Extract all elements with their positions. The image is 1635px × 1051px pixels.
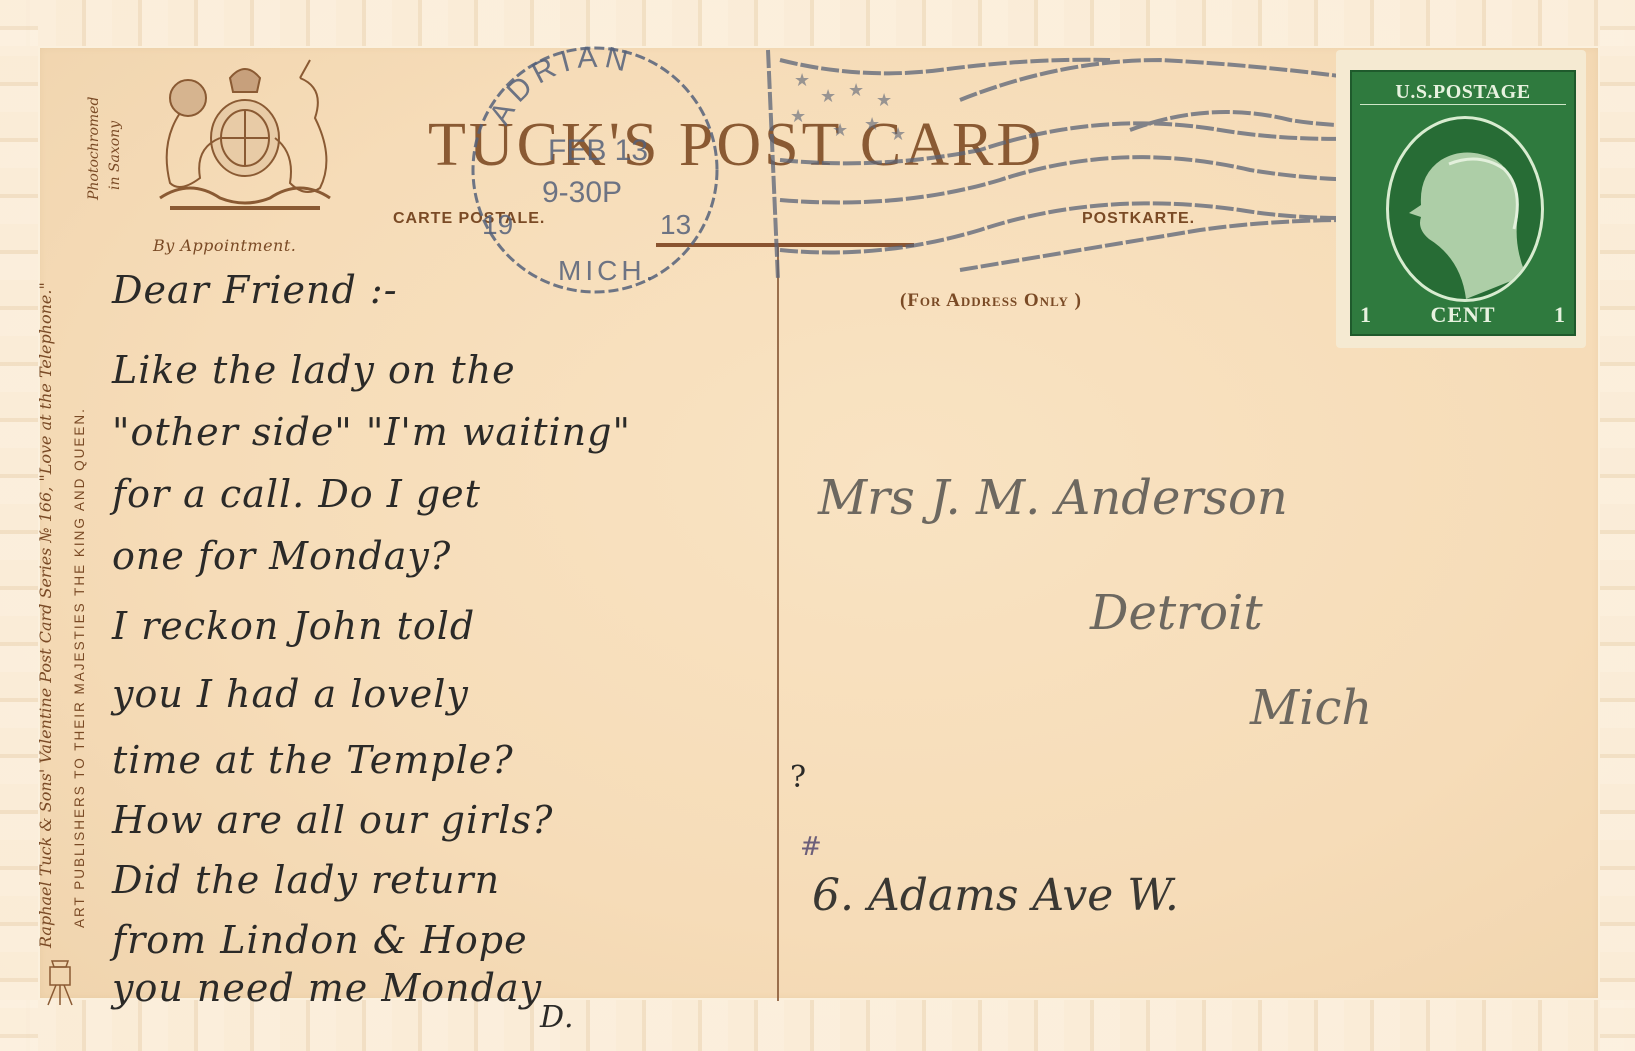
message-line: you I had a lovely (112, 672, 469, 716)
question-mark: ? (790, 760, 806, 795)
by-appointment-caption: By Appointment. (153, 236, 296, 255)
svg-text:★: ★ (790, 106, 806, 127)
postmark-year-left: 19 (482, 209, 513, 240)
message-line: I reckon John told (112, 604, 475, 648)
svg-text:★: ★ (864, 114, 880, 135)
series-caption: Raphael Tuck & Sons' Valentine Post Card… (36, 282, 55, 948)
embossed-border-right (1600, 0, 1635, 1051)
address-street: 6. Adams Ave W. (812, 870, 1179, 921)
photochromed-caption: Photochromed (86, 97, 102, 200)
svg-text:ADRIAN: ADRIAN (483, 42, 636, 130)
saxony-caption: in Saxony (107, 121, 123, 190)
for-address-only-label: (For Address Only ) (900, 290, 1082, 312)
message-line: one for Monday? (112, 534, 451, 578)
divider-line (777, 246, 779, 1001)
washington-portrait-icon (1386, 116, 1544, 302)
svg-text:★: ★ (848, 80, 864, 101)
stamp-denomination-left: 1 (1360, 302, 1372, 328)
postcard-back: Raphael Tuck & Sons' Valentine Post Card… (0, 0, 1635, 1051)
postmark-year-right: 13 (660, 209, 691, 240)
message-line: for a call. Do I get (112, 472, 481, 516)
stamp-design: U.S.POSTAGE 1 CENT 1 (1350, 70, 1576, 336)
svg-text:★: ★ (832, 120, 848, 141)
svg-text:★: ★ (820, 86, 836, 107)
message-line: Dear Friend :- (112, 268, 398, 312)
postmark-time: 9-30P (542, 176, 622, 209)
address-name: Mrs J. M. Anderson (818, 470, 1288, 526)
royal-coat-of-arms-icon (150, 58, 340, 223)
postage-stamp: U.S.POSTAGE 1 CENT 1 (1336, 50, 1586, 348)
address-state: Mich (1250, 680, 1372, 736)
stamp-us-postage-label: U.S.POSTAGE (1360, 80, 1566, 105)
message-line: "other side" "I'm waiting" (112, 410, 631, 454)
tuck-easel-logo-icon (44, 955, 76, 1011)
hash-mark: # (800, 832, 822, 862)
message-line: you need me Monday (112, 966, 542, 1010)
message-line: from Lindon & Hope (112, 918, 528, 962)
svg-text:★: ★ (876, 90, 892, 111)
stamp-denomination: 1 CENT 1 (1360, 302, 1566, 328)
message-line: Like the lady on the (112, 348, 516, 392)
embossed-border-left (0, 0, 38, 1051)
adrian-postmark: ADRIAN MICH. FEB 13 9-30P 19 13 (460, 42, 730, 302)
stamp-denomination-right: 1 (1554, 302, 1566, 328)
message-line: Did the lady return (112, 858, 500, 902)
postmark-state: MICH. (558, 255, 657, 286)
publishers-caption: ART PUBLISHERS TO THEIR MAJESTIES THE KI… (72, 407, 87, 928)
signature: D. (540, 1000, 575, 1035)
message-line: How are all our girls? (112, 798, 553, 842)
postmark-date: FEB 13 (548, 134, 648, 167)
svg-text:★: ★ (794, 70, 810, 91)
address-city: Detroit (1090, 585, 1263, 641)
postmark-city: ADRIAN (483, 42, 636, 130)
stamp-denomination-text: CENT (1430, 302, 1495, 328)
svg-text:★: ★ (890, 124, 906, 145)
message-line: time at the Temple? (112, 738, 514, 782)
